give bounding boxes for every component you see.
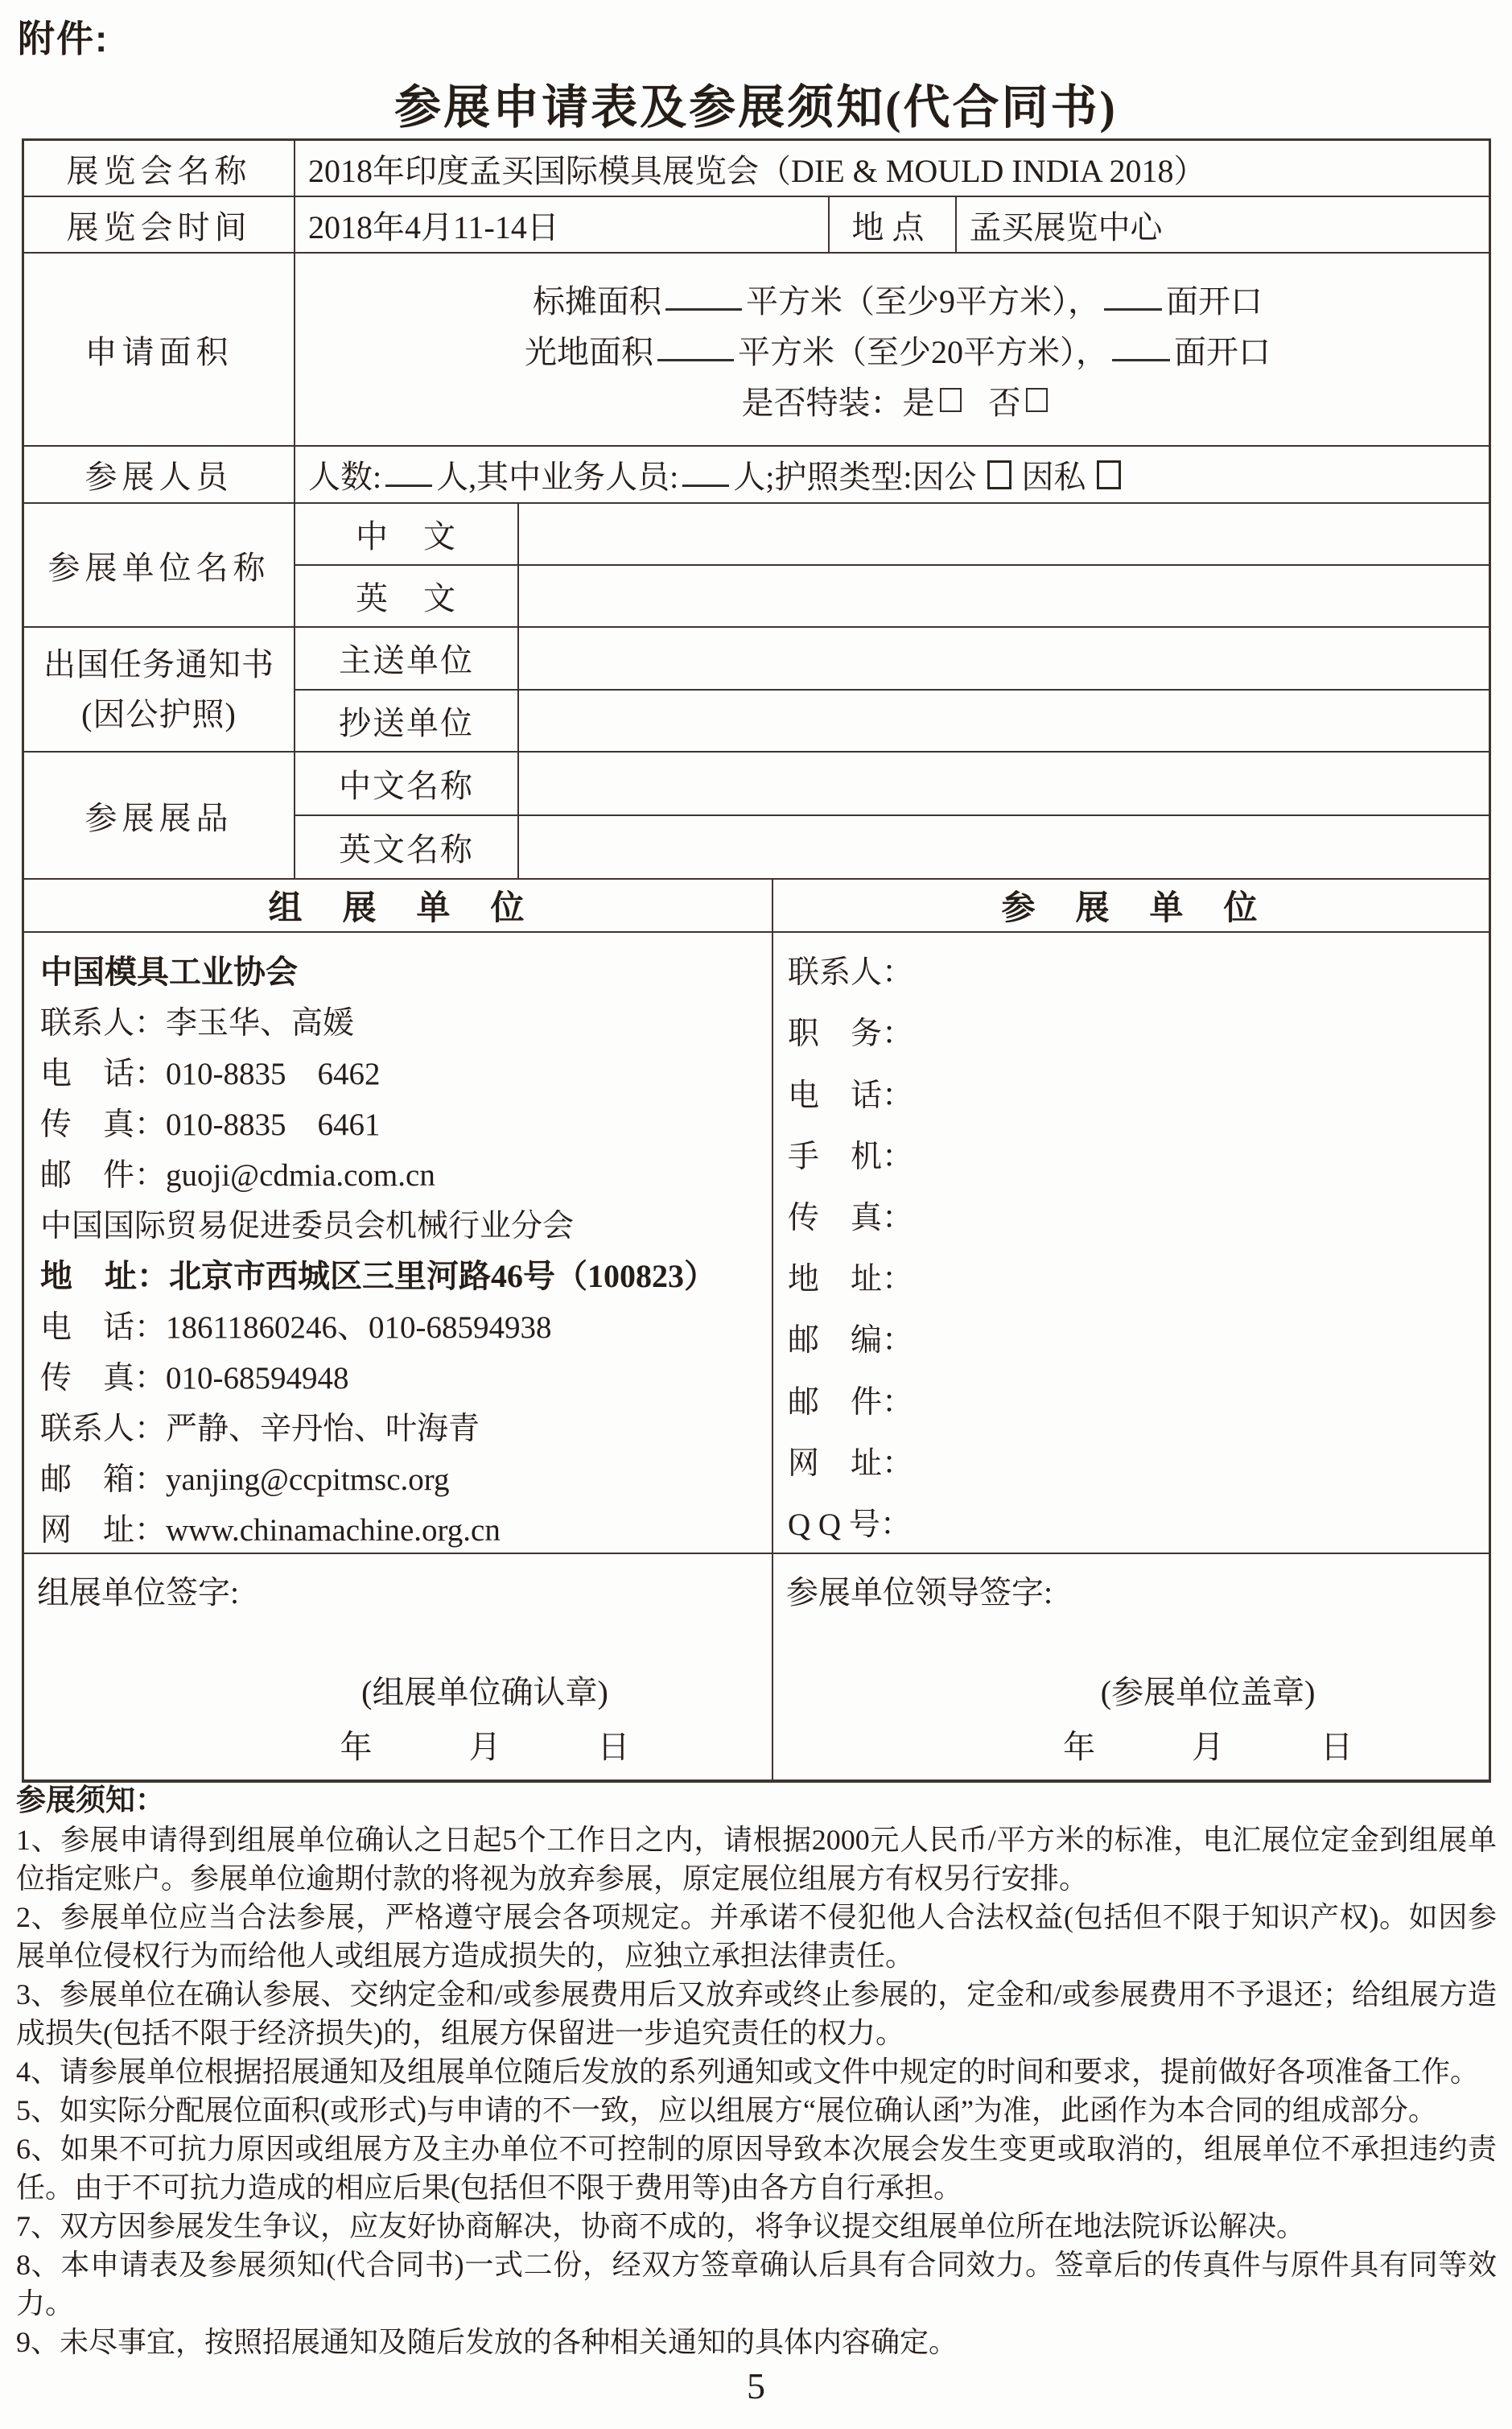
standard-booth-text: 标摊面积 [533,276,661,322]
co-organizer-website: 网 址：www.chinamachine.org.cn [40,1502,501,1553]
co-organizer-name: 中国国际贸易促进委员会机械行业分会 [40,1198,574,1248]
unit-name-subrows: 中 文 英 文 [295,504,1489,626]
table-row: 出国任务通知书 (因公护照) 主送单位 抄送单位 [24,628,1489,753]
contact-row: 中国模具工业协会 联系人：李玉华、高媛 电 话：010-8835 6462 传 … [24,933,1489,1554]
copy-recipient-input[interactable] [519,691,1489,752]
exhibits-label: 参展展品 [24,753,295,878]
raw-space-area-blank[interactable] [657,337,734,361]
organizer-signature-label: 组展单位签字: [37,1567,239,1613]
raw-space-text: 光地面积 [525,327,653,373]
note-item-9: 9、未尽事宜，按照招展通知及随后发放的各种相关通知的具体内容确定。 [16,2323,1497,2361]
note-item-8: 8、本申请表及参展须知(代合同书)一式二份，经双方签章确认后具有合同效力。签章后… [16,2245,1497,2323]
exhibitor-email-field[interactable]: 邮 件： [788,1368,913,1429]
exhibits-cn-row: 中文名称 [295,753,1489,816]
note-item-3: 3、参展单位在确认参展、交纳定金和/或参展费用后又放弃或终止参展的，定金和/或参… [16,1975,1497,2052]
organizer-fax: 传 真：010-8835 6461 [40,1096,381,1147]
co-organizer-contact-person: 联系人：严静、辛丹怡、叶海青 [40,1400,480,1451]
area-label: 申请面积 [24,254,295,445]
unit-name-label: 参展单位名称 [24,504,295,626]
exhibits-en-input[interactable] [519,816,1489,878]
exhibitor-address-field[interactable]: 地 址： [788,1246,913,1307]
attachment-label: 附件: [18,10,109,63]
organizer-stamp-note: (组展单位确认章) [340,1673,630,1712]
organizer-email: 邮 件：guoji@cdmia.com.cn [40,1147,435,1198]
standard-booth-line: 标摊面积平方米（至少9平方米），面开口 [533,274,1263,324]
exhibits-en-row: 英文名称 [295,816,1489,878]
signature-row: 组展单位签字: (组展单位确认章) 年 月 日 参展单位领导签字: (参展单位盖… [24,1554,1489,1779]
expo-name-label: 展览会名称 [24,141,295,196]
task-notice-label-line1: 出国任务通知书 [43,640,274,690]
people-count-text: 人数: [308,452,381,497]
organizer-header: 组 展 单 位 [24,880,773,931]
checkbox-special-yes[interactable] [940,388,962,412]
business-count-blank[interactable] [682,463,729,487]
note-item-6: 6、如果不可抗力原因或组展方及主办单位不可控制的原因导致本次展会发生变更或取消的… [16,2130,1497,2207]
exhibitor-signature-label: 参展单位领导签字: [786,1567,1053,1613]
unit-name-en-label: 英 文 [295,566,519,626]
raw-space-line: 光地面积平方米（至少20平方米），面开口 [525,324,1271,375]
co-organizer-address: 地 址：北京市西城区三里河路46号（100823） [40,1248,716,1299]
checkbox-special-no[interactable] [1026,388,1048,412]
exhibitor-date-line: 年 月 日 [1063,1722,1353,1767]
exhibitor-header: 参 展 单 位 [773,880,1489,931]
section-header-row: 组 展 单 位 参 展 单 位 [24,880,1489,933]
exhibition-notes: 参展须知： 1、参展申请得到组展单位确认之日起5个工作日之内，请根据2000元人… [16,1780,1497,2361]
page-title: 参展申请表及参展须知(代合同书) [0,69,1512,137]
exhibitor-contact-block: 联系人： 职 务： 电 话： 手 机： 传 真： 地 址： 邮 编： 邮 件： … [773,933,1489,1553]
people-label: 参展人员 [24,447,295,502]
unit-name-cn-label: 中 文 [295,504,519,564]
application-table: 展览会名称 2018年印度孟买国际模具展览会（DIE & MOULD INDIA… [22,138,1491,1783]
venue-value: 孟买展览中心 [957,197,1489,252]
exhibitor-phone-field[interactable]: 电 话： [788,1062,913,1123]
exhibitor-signature-cell[interactable]: 参展单位领导签字: (参展单位盖章) 年 月 日 [773,1554,1489,1779]
special-decoration-no-text: 否 [989,377,1021,423]
exhibits-subrows: 中文名称 英文名称 [295,753,1489,878]
exhibits-cn-label: 中文名称 [295,753,519,814]
copy-recipient-label: 抄送单位 [295,691,519,752]
copy-recipient-row: 抄送单位 [295,691,1489,752]
note-item-7: 7、双方因参展发生争议，应友好协商解决，协商不成的，将争议提交组展单位所在地法院… [16,2207,1497,2245]
organizer-signature-cell[interactable]: 组展单位签字: (组展单位确认章) 年 月 日 [24,1554,773,1779]
raw-space-open-sides-blank[interactable] [1112,337,1170,361]
application-form-page: 附件: 参展申请表及参展须知(代合同书) 展览会名称 2018年印度孟买国际模具… [0,0,1512,2429]
exhibitor-qq-field[interactable]: Q Q 号： [788,1491,912,1553]
task-notice-label-line2: (因公护照) [81,690,237,740]
expo-time-label: 展览会时间 [24,197,295,252]
raw-space-open-text: 面开口 [1174,327,1271,373]
page-number: 5 [0,2365,1512,2407]
note-item-5: 5、如实际分配展位面积(或形式)与申请的不一致，应以组展方“展位确认函”为准，此… [16,2091,1497,2130]
table-row: 参展展品 中文名称 英文名称 [24,753,1489,880]
table-row: 展览会名称 2018年印度孟买国际模具展览会（DIE & MOULD INDIA… [24,141,1489,197]
checkbox-official-passport[interactable] [987,460,1011,489]
special-decoration-yes-text: 是否特装：是 [742,377,935,423]
organizer-date-line: 年 月 日 [340,1722,630,1767]
unit-name-cn-row: 中 文 [295,504,1489,566]
standard-booth-open-text: 面开口 [1166,276,1263,322]
people-business-text: 人,其中业务人员: [436,452,678,497]
co-organizer-fax: 传 真：010-68594948 [40,1350,349,1400]
special-decoration-line: 是否特装：是否 [742,375,1054,426]
organizer-name: 中国模具工业协会 [40,944,298,995]
table-row: 申请面积 标摊面积平方米（至少9平方米），面开口 光地面积平方米（至少20平方米… [24,254,1489,447]
venue-label: 地点 [830,197,957,252]
expo-name-value: 2018年印度孟买国际模具展览会（DIE & MOULD INDIA 2018） [295,141,1489,196]
exhibitor-fax-field[interactable]: 传 真： [788,1185,913,1246]
table-row: 参展单位名称 中 文 英 文 [24,504,1489,628]
exhibitor-website-field[interactable]: 网 址： [788,1430,913,1491]
unit-name-cn-input[interactable] [519,504,1489,564]
task-notice-label: 出国任务通知书 (因公护照) [24,628,295,751]
area-content: 标摊面积平方米（至少9平方米），面开口 光地面积平方米（至少20平方米），面开口… [295,254,1489,445]
main-recipient-input[interactable] [519,628,1489,689]
people-count-blank[interactable] [385,463,432,487]
unit-name-en-input[interactable] [519,566,1489,626]
organizer-stamp-block: (组展单位确认章) 年 月 日 [340,1673,630,1767]
main-recipient-label: 主送单位 [295,628,519,689]
passport-type-text: 人;护照类型:因公 [733,452,976,497]
exhibitor-mobile-field[interactable]: 手 机： [788,1124,913,1185]
exhibits-en-label: 英文名称 [295,816,519,878]
notes-header: 参展须知： [16,1780,1497,1821]
organizer-contact-person: 联系人：李玉华、高媛 [40,995,354,1045]
note-item-4: 4、请参展单位根据招展通知及组展单位随后发放的系列通知或文件中规定的时间和要求，… [16,2052,1497,2091]
exhibits-cn-input[interactable] [519,753,1489,814]
exhibitor-stamp-block: (参展单位盖章) 年 月 日 [1063,1673,1353,1767]
checkbox-private-passport[interactable] [1097,460,1121,489]
exhibitor-position-field[interactable]: 职 务： [788,1000,913,1062]
exhibitor-zip-field[interactable]: 邮 编： [788,1307,913,1368]
organizer-contact-block: 中国模具工业协会 联系人：李玉华、高媛 电 话：010-8835 6462 传 … [24,933,773,1553]
expo-time-value: 2018年4月11-14日 [295,197,830,252]
people-content: 人数:人,其中业务人员:人;护照类型:因公因私 [295,447,1489,502]
standard-booth-area-blank[interactable] [665,287,742,311]
organizer-phone: 电 话：010-8835 6462 [40,1045,381,1096]
co-organizer-email: 邮 箱：yanjing@ccpitmsc.org [40,1451,450,1502]
note-item-1: 1、参展申请得到组展单位确认之日起5个工作日之内，请根据2000元人民币/平方米… [16,1821,1497,1898]
co-organizer-phone: 电 话：18611860246、010-68594938 [40,1299,552,1350]
task-notice-subrows: 主送单位 抄送单位 [295,628,1489,751]
raw-space-min-text: 平方米（至少20平方米）， [738,327,1108,373]
table-row: 参展人员 人数:人,其中业务人员:人;护照类型:因公因私 [24,447,1489,504]
exhibitor-stamp-note: (参展单位盖章) [1063,1673,1353,1712]
table-row: 展览会时间 2018年4月11-14日 地点 孟买展览中心 [24,197,1489,254]
note-item-2: 2、参展单位应当合法参展，严格遵守展会各项规定。并承诺不侵犯他人合法权益(包括但… [16,1898,1497,1975]
private-passport-text: 因私 [1021,452,1086,497]
standard-booth-open-sides-blank[interactable] [1104,287,1162,311]
standard-booth-min-text: 平方米（至少9平方米）， [746,276,1100,322]
main-recipient-row: 主送单位 [295,628,1489,691]
exhibitor-contact-field[interactable]: 联系人： [788,939,913,1000]
unit-name-en-row: 英 文 [295,566,1489,626]
